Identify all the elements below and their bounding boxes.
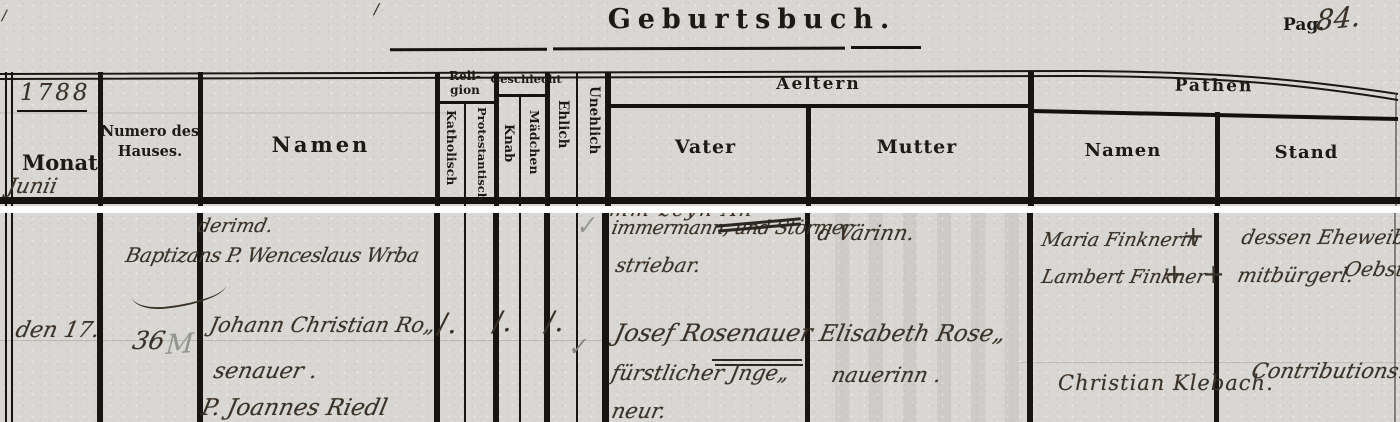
year-underline [17,110,87,112]
katholisch-tick-mark: /. [438,307,456,340]
numero-header-line2: Hauses. [118,143,182,160]
geschlecht-header: Geschlecht [488,72,564,86]
column-rule [602,213,609,422]
left-edge-rule [11,213,13,422]
numero-header-line1: Numero des [101,123,199,140]
ehlich-header: Ehlich [555,100,571,148]
godparent-2-cross-marks: + + [1163,259,1229,290]
previous-name-fragment: derimd. [196,215,275,237]
monat-value: Junii [5,174,59,198]
katholisch-header: Katholisch [444,110,459,185]
godparent-1-cross-mark: + [1182,221,1205,252]
protestantisch-header: Protestantisch [475,107,489,201]
pencil-check-icon: ✓ [573,213,598,241]
vater-header: Vater [605,136,806,158]
child-name-line1: Johann Christian Ro„ [207,313,437,337]
pathen-namen-header: Namen [1028,140,1218,161]
house-number-pencil-mark: M [165,328,195,361]
subcolumn-rule [464,103,466,206]
previous-mother-fragment: d Värinn. [815,221,916,245]
subcolumn-rule [519,213,521,422]
knab-tick-mark: /. [493,305,511,338]
namen-header: Namen [206,132,436,157]
subcolumn-rule [464,213,466,422]
mutter-header: Mutter [806,136,1028,158]
baptizing-priest: Baptizans P. Wenceslaus Wrba [123,243,421,267]
subcolumn-rule [519,96,521,206]
previous-stand-line3: Oebstler [1342,257,1400,281]
header-strip: Geburtsbuch. ∕ ∕ Pag. 84. [0,0,1400,206]
previous-father-line2: striebar. [613,253,703,277]
godparent-1-name: Maria Finknerin [1040,229,1202,251]
vater-mutter-divider [805,213,810,422]
knab-header: Knab [501,124,516,162]
priest-name: P. Joannes Riedl [199,395,389,421]
subcolumn-rule [576,213,578,422]
monat-header: Monat [22,150,98,175]
scan-artifact-line [0,112,450,114]
pen-flourish [131,283,227,312]
subcolumn-rule [576,72,578,206]
father-occupation-line1: fürstlicher Jnge„ [609,361,791,385]
previous-stand-line2: mitbürgerl. [1235,263,1356,287]
maedchen-header: Mädchen [527,110,542,174]
previous-stand-line1: dessen Eheweib [1239,225,1400,249]
ehlich-tick-mark: /. [545,305,563,338]
aeltern-underline [607,104,1030,108]
father-occupation-line2: neur. [609,399,668,422]
left-edge-rule [5,72,7,206]
table-top-border [0,0,1400,206]
header-bottom-border [0,197,1400,204]
religion-underline [439,101,495,104]
father-name: Josef Rosenauer [612,319,815,347]
aeltern-header: Aeltern [607,74,1030,94]
stand-header: Stand [1215,142,1398,163]
pencil-check-icon: ✓ [566,332,589,362]
entry-date: den 17. [13,318,102,343]
godparent-3-stand: Contributions. Ein [1249,359,1400,383]
left-edge-rule [5,213,7,422]
column-rule [1027,213,1033,422]
birth-register-scan: Geburtsbuch. ∕ ∕ Pag. 84. [0,0,1400,422]
pathen-header: Pathen [1030,74,1398,97]
geschlecht-underline [498,94,547,97]
year-label: 1788 [20,80,91,106]
column-rule [545,72,550,206]
scan-seam [0,206,1400,213]
unehlich-header: Unehlich [586,86,602,154]
mother-name-line2: nauerinn . [829,363,943,387]
house-number: 36 [130,326,168,355]
mother-name-line1: Elisabeth Rose„ [817,321,1008,347]
godparent-3-name: Christian Klebach. [1058,371,1274,395]
records-strip: mm zeyn An derimd. Baptizans P. Wencesla… [0,213,1400,422]
numero-header: Numero des Hauses. [100,122,200,161]
child-name-line2: senauer . [211,359,320,384]
